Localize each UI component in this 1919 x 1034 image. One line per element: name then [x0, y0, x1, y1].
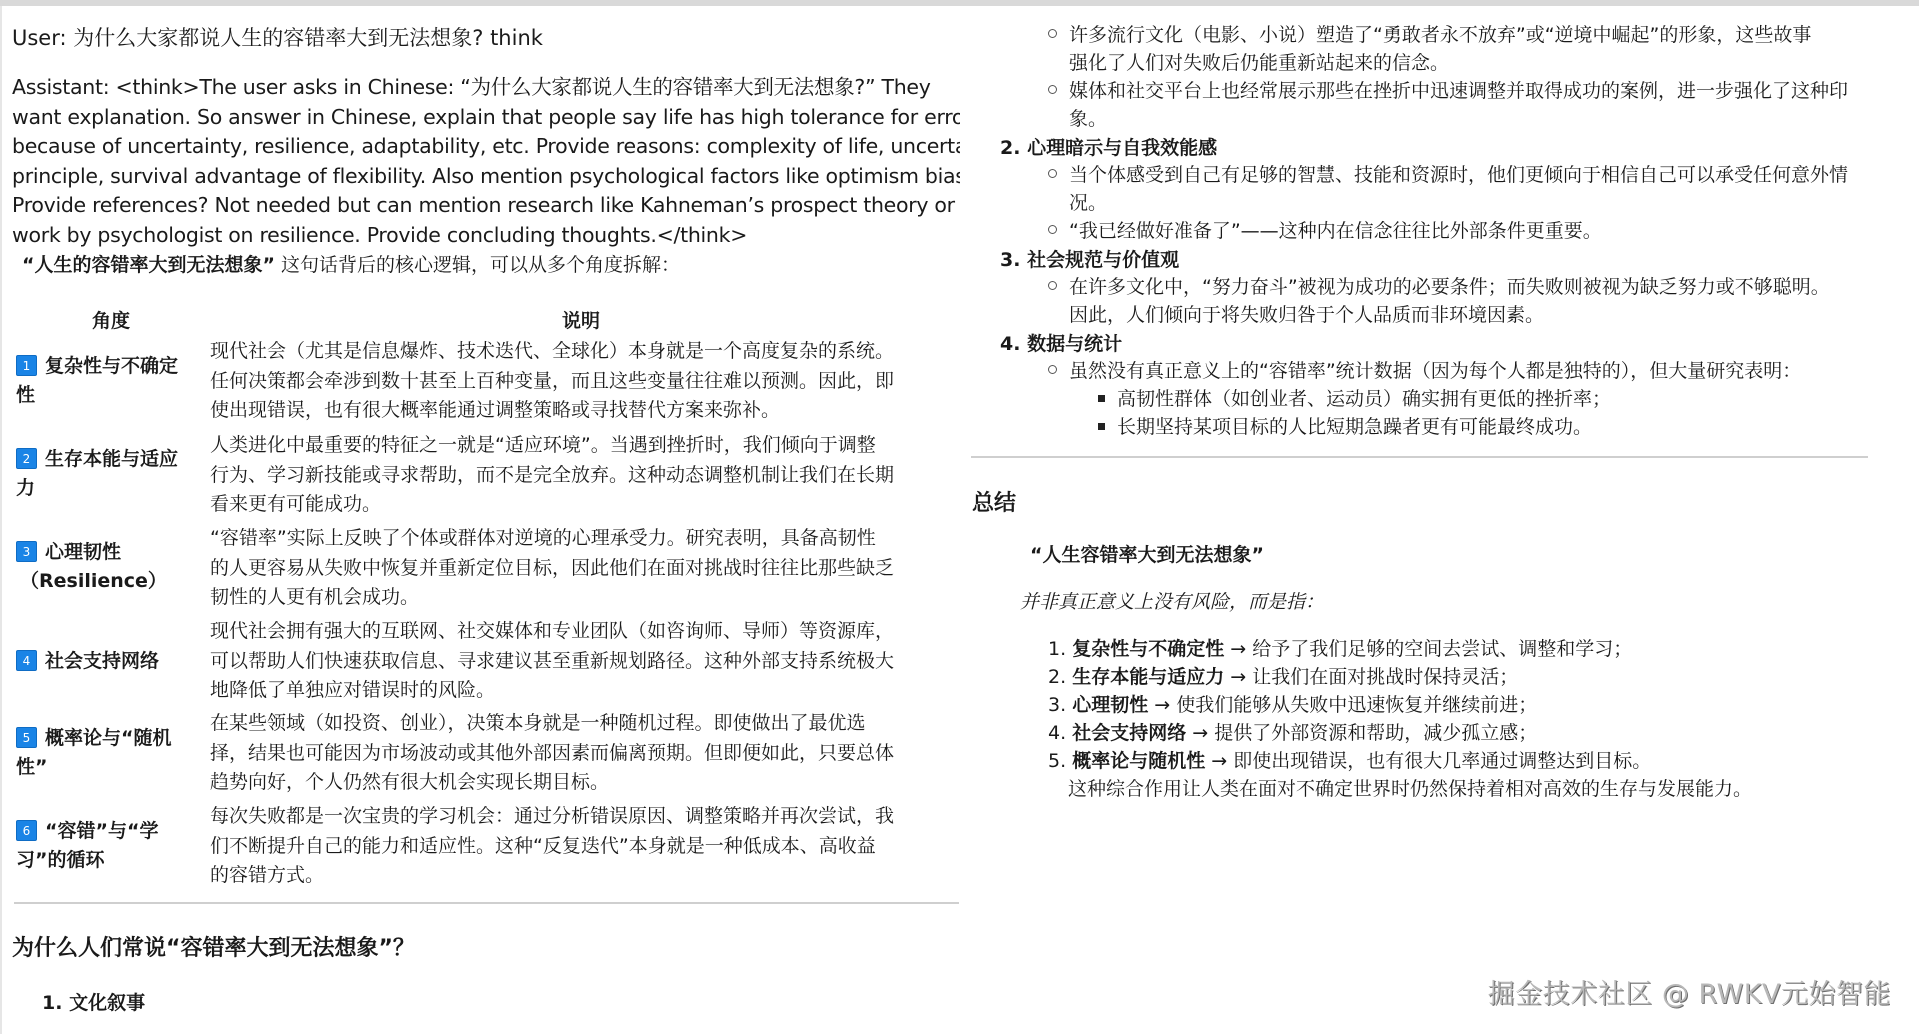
summary-list-item: 2. 生存本能与适应力 → 让我们在面对挑战时保持灵活；: [1048, 662, 1518, 689]
hollow-bullet-icon: [1048, 281, 1057, 290]
number-badge-icon: 5: [16, 727, 37, 748]
item-number: 2.: [1048, 666, 1066, 688]
label-line: （Resilience）: [20, 570, 167, 592]
divider: [971, 456, 1868, 458]
intro-rest: 这句话背后的核心逻辑，可以从多个角度拆解：: [281, 254, 680, 276]
bullet-item: 许多流行文化（电影、小说）塑造了“勇敢者永不放弃”或“逆境中崛起”的形象，这些故…: [1048, 21, 1811, 77]
item-rest: → 使我们能够从失败中迅速恢复并继续前进；: [1148, 694, 1537, 716]
item-title: 文化叙事: [69, 992, 145, 1014]
item-bold: 复杂性与不确定性: [1072, 638, 1224, 660]
table-row-text: 在某些领域（如投资、创业），决策本身就是一种随机过程。即使做出了最优选 择，结果…: [210, 709, 955, 798]
label-line: 力: [16, 477, 35, 499]
why-item-heading: 1. 文化叙事: [42, 988, 145, 1015]
bullet-line: 况。: [1069, 192, 1107, 214]
number-badge-icon: 4: [16, 650, 37, 671]
row-text-line: 现代社会（尤其是信息爆炸、技术迭代、全球化）本身就是一个高度复杂的系统。: [210, 337, 955, 367]
row-text-line: 使出现错误，也有很大概率能通过调整策略或寻找替代方案来弥补。: [210, 396, 955, 426]
summary-italic: 并非真正意义上没有风险，而是指：: [1020, 587, 1324, 614]
bullet-line: 当个体感受到自己有足够的智慧、技能和资源时，他们更倾向于相信自己可以承受任何意外…: [1069, 164, 1848, 186]
item-number: 3.: [1048, 694, 1066, 716]
why-item-heading: 3. 社会规范与价值观: [1000, 245, 1179, 272]
bullet-item: 当个体感受到自己有足够的智慧、技能和资源时，他们更倾向于相信自己可以承受任何意外…: [1048, 161, 1848, 217]
item-rest: → 让我们在面对挑战时保持灵活；: [1224, 666, 1518, 688]
bullet-line: 因此，人们倾向于将失败归咎于个人品质而非环境因素。: [1069, 304, 1544, 326]
square-bullet-icon: [1098, 395, 1105, 402]
summary-quote: “人生容错率大到无法想象”: [1030, 540, 1264, 567]
sub-bullet-item: 高韧性群体（如创业者、运动员）确实拥有更低的挫折率；: [1098, 385, 1611, 413]
row-text-line: 地降低了单独应对错误时的风险。: [210, 676, 955, 706]
sub-bullet-line: 高韧性群体（如创业者、运动员）确实拥有更低的挫折率；: [1117, 388, 1611, 410]
item-bold: 社会支持网络: [1072, 722, 1186, 744]
assistant-line: because of uncertainty, resilience, adap…: [12, 132, 947, 162]
divider: [14, 902, 959, 904]
bullet-item: 在许多文化中，“努力奋斗”被视为成功的必要条件；而失败则被视为缺乏努力或不够聪明…: [1048, 273, 1830, 329]
number-badge-icon: 3: [16, 541, 37, 562]
label-line: 性”: [16, 756, 48, 778]
bullet-line: 媒体和社交平台上也经常展示那些在挫折中迅速调整并取得成功的案例，进一步强化了这种…: [1069, 80, 1848, 102]
table-row-label: 1复杂性与不确定性: [16, 352, 196, 410]
item-number: 1.: [1048, 638, 1066, 660]
summary-list-item: 4. 社会支持网络 → 提供了外部资源和帮助，减少孤立感；: [1048, 718, 1537, 745]
item-rest: → 提供了外部资源和帮助，减少孤立感；: [1186, 722, 1537, 744]
row-text-line: 的容错方式。: [210, 861, 955, 891]
table-row-label: 6“容错”与“学习”的循环: [16, 817, 196, 875]
number-badge-icon: 6: [16, 820, 37, 841]
sub-bullet-item: 长期坚持某项目标的人比短期急躁者更有可能最终成功。: [1098, 413, 1592, 441]
bullet-line: 在许多文化中，“努力奋斗”被视为成功的必要条件；而失败则被视为缺乏努力或不够聪明…: [1069, 276, 1830, 298]
label-line: 社会支持网络: [45, 650, 159, 672]
row-text-line: 在某些领域（如投资、创业），决策本身就是一种随机过程。即使做出了最优选: [210, 709, 955, 739]
row-text-line: 趋势向好，个人仍然有很大机会实现长期目标。: [210, 768, 955, 798]
label-line: 心理韧性: [45, 541, 121, 563]
label-line: 性: [16, 384, 35, 406]
item-title: 心理暗示与自我效能感: [1027, 137, 1217, 159]
item-number: 1.: [42, 992, 62, 1014]
hollow-bullet-icon: [1048, 225, 1057, 234]
hollow-bullet-icon: [1048, 29, 1057, 38]
table-row-label: 2生存本能与适应力: [16, 445, 196, 503]
row-text-line: 看来更有可能成功。: [210, 490, 955, 520]
row-text-line: 可以帮助人们快速获取信息、寻求建议甚至重新规划路径。这种外部支持系统极大: [210, 647, 955, 677]
item-title: 社会规范与价值观: [1027, 249, 1179, 271]
hollow-bullet-icon: [1048, 169, 1057, 178]
assistant-line: work by psychologist on resilience. Prov…: [12, 221, 947, 251]
item-number: 3.: [1000, 249, 1020, 271]
square-bullet-icon: [1098, 423, 1105, 430]
summary-list-item: 5. 概率论与随机性 → 即使出现错误，也有很大几率通过调整达到目标。: [1048, 746, 1651, 773]
assistant-think-text: Assistant: <think>The user asks in Chine…: [12, 73, 947, 250]
table-row-text: “容错率”实际上反映了个体或群体对逆境的心理承受力。研究表明，具备高韧性 的人更…: [210, 524, 955, 613]
item-bold: 概率论与随机性: [1072, 750, 1205, 772]
watermark: 掘金技术社区 @ RWKV元始智能: [1488, 972, 1891, 1011]
number-badge-icon: 1: [16, 355, 37, 376]
row-text-line: 们不断提升自己的能力和适应性。这种“反复迭代”本身就是一种低成本、高收益: [210, 832, 955, 862]
item-rest: → 给予了我们足够的空间去尝试、调整和学习；: [1224, 638, 1632, 660]
item-number: 4.: [1048, 722, 1066, 744]
summary-list-item: 3. 心理韧性 → 使我们能够从失败中迅速恢复并继续前进；: [1048, 690, 1537, 717]
row-text-line: “容错率”实际上反映了个体或群体对逆境的心理承受力。研究表明，具备高韧性: [210, 524, 955, 554]
table-row-text: 现代社会拥有强大的互联网、社交媒体和专业团队（如咨询师、导师）等资源库， 可以帮…: [210, 617, 955, 706]
table-row-label: 5概率论与“随机性”: [16, 724, 196, 782]
table-row-text: 人类进化中最重要的特征之一就是“适应环境”。当遇到挫折时，我们倾向于调整 行为、…: [210, 431, 955, 520]
summary-closing: 这种综合作用让人类在面对不确定世界时仍然保持着相对高效的生存与发展能力。: [1068, 774, 1752, 801]
table-row-text: 现代社会（尤其是信息爆炸、技术迭代、全球化）本身就是一个高度复杂的系统。 任何决…: [210, 337, 955, 426]
row-text-line: 行为、学习新技能或寻求帮助，而不是完全放弃。这种动态调整机制让我们在长期: [210, 461, 955, 491]
bullet-line: 强化了人们对失败后仍能重新站起来的信念。: [1069, 52, 1449, 74]
bullet-line: “我已经做好准备了”——这种内在信念往往比外部条件更重要。: [1069, 220, 1602, 242]
table-header-angle: 角度: [92, 306, 130, 333]
assistant-line: Provide references? Not needed but can m…: [12, 191, 947, 221]
row-text-line: 现代社会拥有强大的互联网、社交媒体和专业团队（如咨询师、导师）等资源库，: [210, 617, 955, 647]
sub-bullet-line: 长期坚持某项目标的人比短期急躁者更有可能最终成功。: [1117, 416, 1592, 438]
bullet-line: 许多流行文化（电影、小说）塑造了“勇敢者永不放弃”或“逆境中崛起”的形象，这些故…: [1069, 24, 1811, 46]
summary-heading: 总结: [972, 486, 1016, 517]
intro-line: “人生的容错率大到无法想象”这句话背后的核心逻辑，可以从多个角度拆解：: [22, 250, 680, 277]
table-row-label: 3心理韧性（Resilience）: [16, 538, 196, 596]
label-line: “容错”与“学: [45, 820, 158, 842]
bullet-line: 象。: [1069, 108, 1107, 130]
hollow-bullet-icon: [1048, 365, 1057, 374]
label-line: 习”的循环: [16, 849, 105, 871]
hollow-bullet-icon: [1048, 85, 1057, 94]
table-row-text: 每次失败都是一次宝贵的学习机会：通过分析错误原因、调整策略并再次尝试，我 们不断…: [210, 802, 955, 891]
why-item-heading: 4. 数据与统计: [1000, 329, 1122, 356]
intro-bold: “人生的容错率大到无法想象”: [22, 254, 275, 276]
number-badge-icon: 2: [16, 448, 37, 469]
label-line: 生存本能与适应: [45, 448, 178, 470]
item-number: 2.: [1000, 137, 1020, 159]
row-text-line: 的人更容易从失败中恢复并重新定位目标，因此他们在面对挑战时往往比那些缺乏: [210, 554, 955, 584]
why-item-heading: 2. 心理暗示与自我效能感: [1000, 133, 1217, 160]
item-number: 4.: [1000, 333, 1020, 355]
label-line: 概率论与“随机: [45, 727, 172, 749]
row-text-line: 人类进化中最重要的特征之一就是“适应环境”。当遇到挫折时，我们倾向于调整: [210, 431, 955, 461]
row-text-line: 韧性的人更有机会成功。: [210, 583, 955, 613]
row-text-line: 择，结果也可能因为市场波动或其他外部因素而偏离预期。但即便如此，只要总体: [210, 739, 955, 769]
bullet-item: 虽然没有真正意义上的“容错率”统计数据（因为每个人都是独特的），但大量研究表明：: [1048, 357, 1801, 385]
assistant-line: principle, survival advantage of flexibi…: [12, 162, 947, 192]
user-message: User: 为什么大家都说人生的容错率大到无法想象? think: [12, 24, 543, 54]
item-bold: 心理韧性: [1072, 694, 1148, 716]
bullet-item: 媒体和社交平台上也经常展示那些在挫折中迅速调整并取得成功的案例，进一步强化了这种…: [1048, 77, 1848, 133]
bullet-item: “我已经做好准备了”——这种内在信念往往比外部条件更重要。: [1048, 217, 1602, 245]
item-bold: 生存本能与适应力: [1072, 666, 1224, 688]
row-text-line: 任何决策都会牵涉到数十甚至上百种变量，而且这些变量往往难以预测。因此，即: [210, 367, 955, 397]
assistant-line: want explanation. So answer in Chinese, …: [12, 103, 947, 133]
row-text-line: 每次失败都是一次宝贵的学习机会：通过分析错误原因、调整策略并再次尝试，我: [210, 802, 955, 832]
label-line: 复杂性与不确定: [45, 355, 178, 377]
assistant-line: Assistant: <think>The user asks in Chine…: [12, 73, 947, 103]
item-rest: → 即使出现错误，也有很大几率通过调整达到目标。: [1205, 750, 1651, 772]
table-header-description: 说明: [562, 306, 600, 333]
bullet-line: 虽然没有真正意义上的“容错率”统计数据（因为每个人都是独特的），但大量研究表明：: [1069, 360, 1801, 382]
summary-list-item: 1. 复杂性与不确定性 → 给予了我们足够的空间去尝试、调整和学习；: [1048, 634, 1632, 661]
table-row-label: 4社会支持网络: [16, 647, 196, 676]
section-heading-why: 为什么人们常说“容错率大到无法想象”？: [12, 931, 415, 962]
item-title: 数据与统计: [1027, 333, 1122, 355]
item-number: 5.: [1048, 750, 1066, 772]
